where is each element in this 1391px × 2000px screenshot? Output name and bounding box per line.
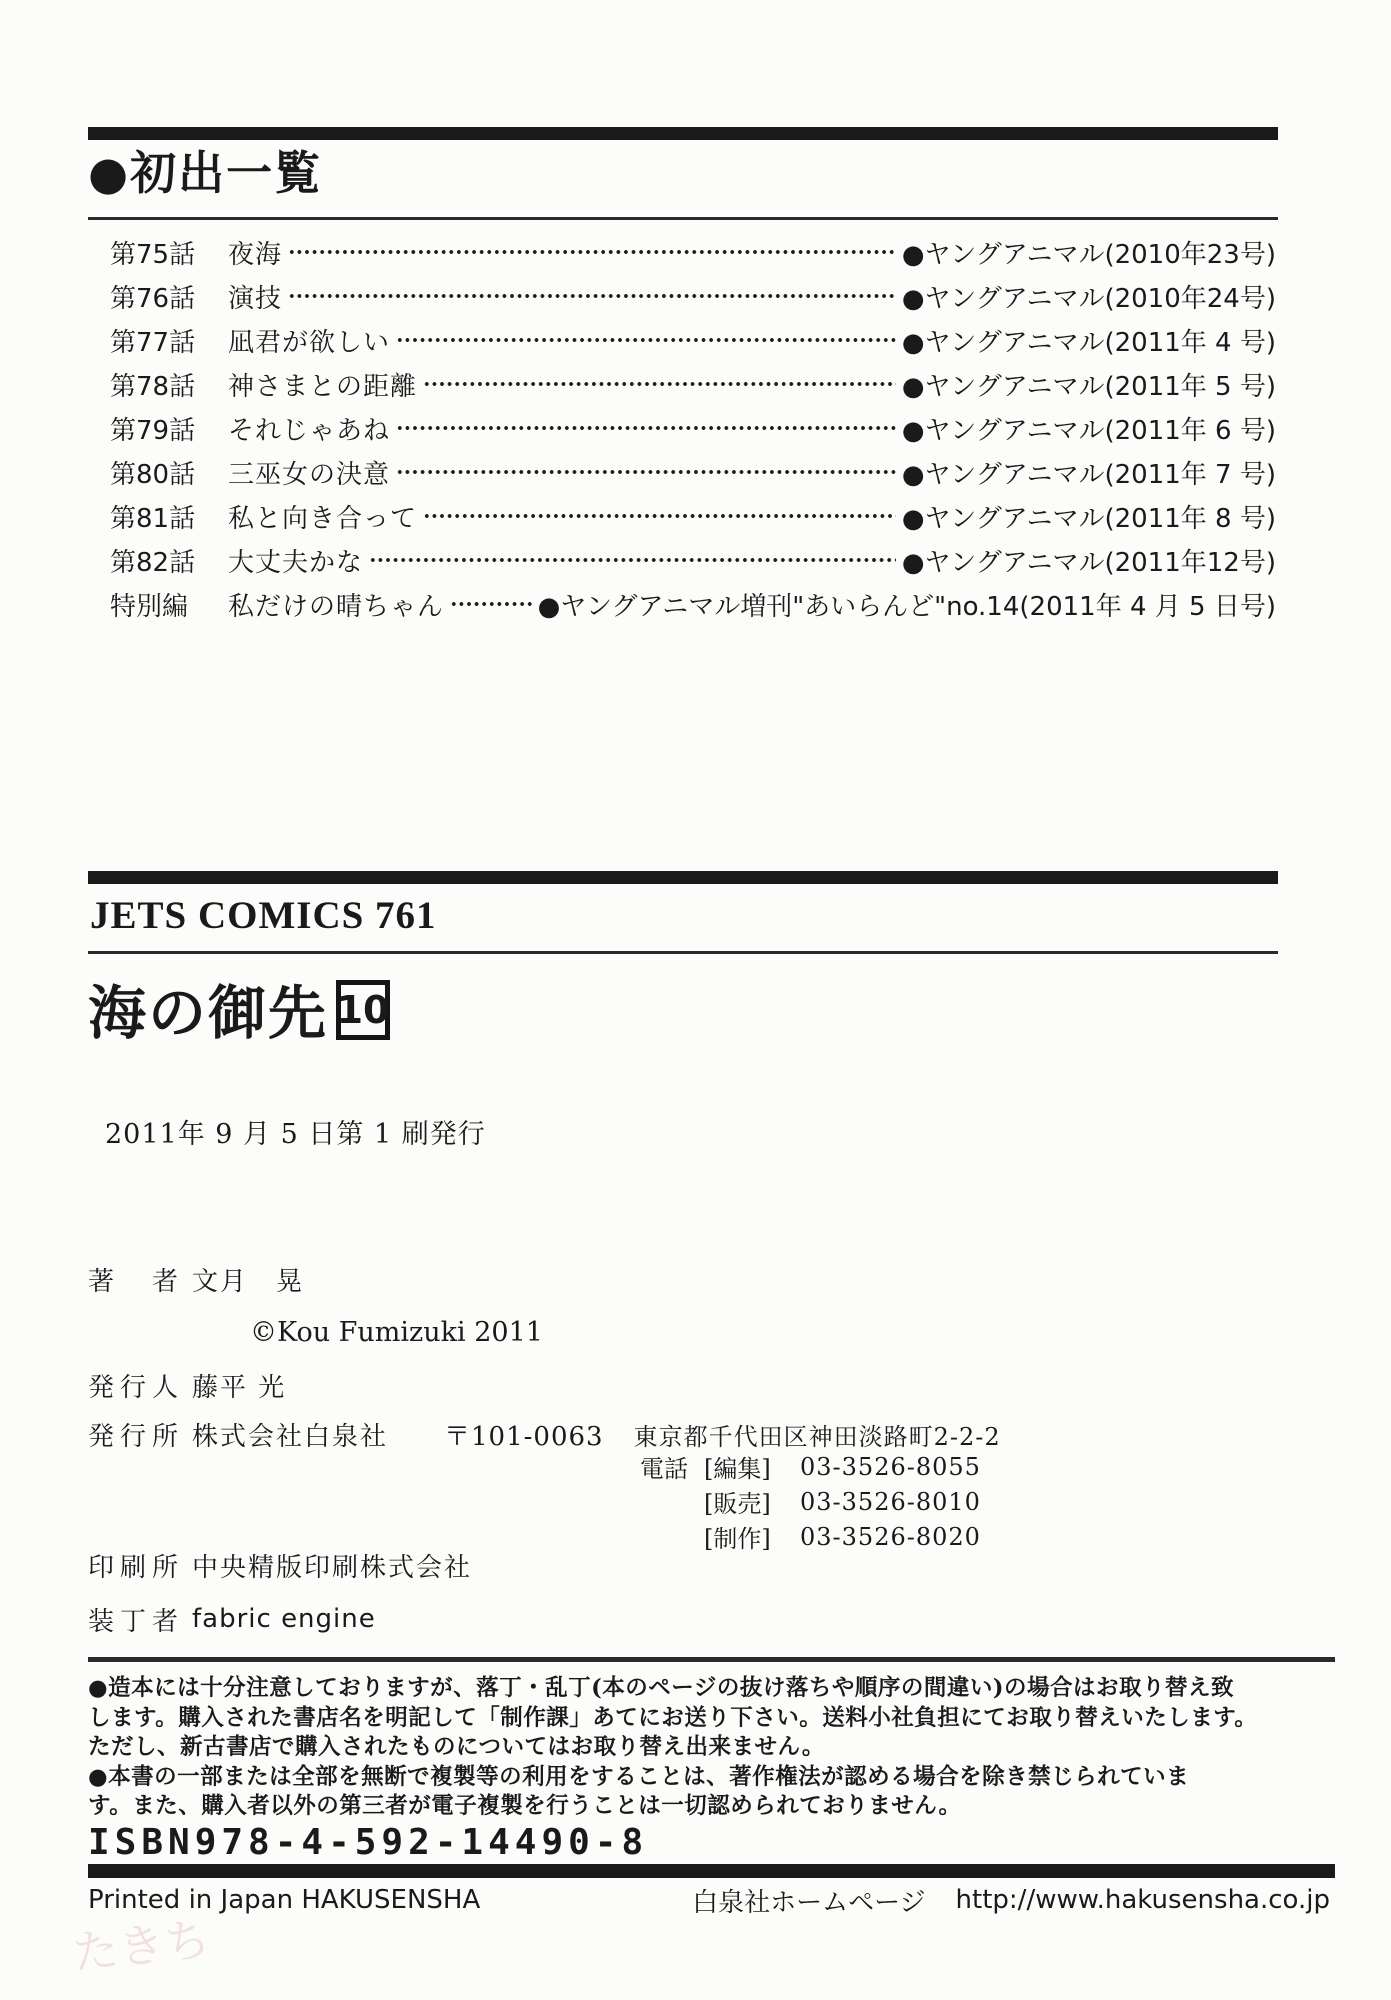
chapter-number: 第80話 <box>110 454 228 491</box>
bottom-rule-bar <box>88 1864 1335 1878</box>
phone-number: 03-3526-8010 <box>800 1488 981 1516</box>
dot-leader <box>423 496 896 536</box>
publication-source: ●ヤングアニマル(2011年 4 号) <box>902 322 1276 359</box>
chapter-title: 神さまとの距離 <box>228 366 417 403</box>
dot-leader <box>450 584 532 624</box>
list-item: 第81話 私と向き合って ●ヤングアニマル(2011年 8 号) <box>110 496 1276 536</box>
notice-line: す。また、購入者以外の第三者が電子複製を行うことは一切認められておりません。 <box>88 1792 1338 1822</box>
publication-source: ●ヤングアニマル(2011年 5 号) <box>902 366 1276 403</box>
printer-label: 印刷所 <box>88 1547 192 1584</box>
phone-block: 電話 [編集] 03-3526-8055 [販売] 03-3526-8010 [… <box>640 1449 981 1554</box>
chapter-title: 私だけの晴ちゃん <box>228 586 444 623</box>
dot-leader <box>396 408 896 448</box>
book-title: 海の御先 <box>88 966 328 1050</box>
chapter-number: 第76話 <box>110 278 228 315</box>
book-title-row: 海の御先 10 <box>88 966 390 1050</box>
dot-leader <box>288 276 896 316</box>
phone-dept: [販売] <box>704 1484 800 1519</box>
publication-source: ●ヤングアニマル(2011年 8 号) <box>902 498 1276 535</box>
chapter-title: 凪君が欲しい <box>228 322 390 359</box>
notice-line: します。購入された書店名を明記して「制作課」あてにお送り下さい。送料小社負担にて… <box>88 1704 1338 1734</box>
title-rule-bar <box>88 871 1278 884</box>
volume-number-box: 10 <box>336 980 390 1040</box>
dot-leader <box>396 320 896 360</box>
publication-source: ●ヤングアニマル増刊"あいらんど"no.14(2011年 4 月 5 日号) <box>538 586 1276 623</box>
phone-row: [制作] 03-3526-8020 <box>640 1519 981 1554</box>
publication-source: ●ヤングアニマル(2011年12号) <box>902 542 1276 579</box>
pencil-watermark: たきち <box>69 1903 213 1983</box>
publication-source: ●ヤングアニマル(2011年 7 号) <box>902 454 1276 491</box>
designer-name: fabric engine <box>192 1604 376 1634</box>
publisher-person-row: 発行人 藤平 光 <box>88 1368 286 1402</box>
postal-code: 〒101-0063 <box>444 1416 604 1453</box>
colophon-page: ●初出一覧 第75話 夜海 ●ヤングアニマル(2010年23号) 第76話 演技… <box>0 0 1391 2000</box>
notice-rule <box>88 1657 1335 1662</box>
copyright-row: ©Kou Fumizuki 2011 <box>250 1315 543 1349</box>
homepage-label: 白泉社ホームページ <box>692 1882 925 1919</box>
publication-source: ●ヤングアニマル(2011年 6 号) <box>902 410 1276 447</box>
designer-label: 装丁者 <box>88 1601 192 1638</box>
copyright-notice: ©Kou Fumizuki 2011 <box>250 1317 543 1348</box>
phone-number: 03-3526-8055 <box>800 1453 981 1481</box>
publisher-name: 株式会社白泉社 <box>192 1416 388 1453</box>
chapter-title: それじゃあね <box>228 410 390 447</box>
list-item: 第78話 神さまとの距離 ●ヤングアニマル(2011年 5 号) <box>110 364 1276 404</box>
series-underline <box>88 951 1278 954</box>
chapter-number: 特別編 <box>110 586 228 623</box>
list-item: 第75話 夜海 ●ヤングアニマル(2010年23号) <box>110 232 1276 272</box>
chapter-title: 私と向き合って <box>228 498 417 535</box>
notice-line: ●造本には十分注意しておりますが、落丁・乱丁(本のページの抜け落ちや順序の間違い… <box>88 1674 1338 1704</box>
notice-line: ただし、新古書店で購入されたものについてはお取り替え出来ません。 <box>88 1733 1338 1763</box>
dot-leader <box>288 232 896 272</box>
chapter-number: 第79話 <box>110 410 228 447</box>
series-label: JETS COMICS 761 <box>90 893 437 938</box>
author-name: 文月 晃 <box>192 1261 304 1298</box>
list-item: 特別編 私だけの晴ちゃん ●ヤングアニマル増刊"あいらんど"no.14(2011… <box>110 584 1276 624</box>
publisher-person-name: 藤平 光 <box>192 1367 286 1404</box>
list-item: 第79話 それじゃあね ●ヤングアニマル(2011年 6 号) <box>110 408 1276 448</box>
publication-source: ●ヤングアニマル(2010年23号) <box>902 234 1276 271</box>
publisher-address: 東京都千代田区神田淡路町2-2-2 <box>634 1417 1001 1452</box>
notice-block: ●造本には十分注意しておりますが、落丁・乱丁(本のページの抜け落ちや順序の間違い… <box>88 1674 1338 1822</box>
footer-homepage: 白泉社ホームページ http://www.hakusensha.co.jp <box>692 1882 1330 1919</box>
phone-dept: [制作] <box>704 1519 800 1554</box>
list-item: 第76話 演技 ●ヤングアニマル(2010年24号) <box>110 276 1276 316</box>
phone-row: [販売] 03-3526-8010 <box>640 1484 981 1519</box>
chapter-title: 夜海 <box>228 234 282 271</box>
phone-row: 電話 [編集] 03-3526-8055 <box>640 1449 981 1484</box>
chapter-number: 第82話 <box>110 542 228 579</box>
chapter-number: 第75話 <box>110 234 228 271</box>
homepage-url: http://www.hakusensha.co.jp <box>956 1885 1330 1915</box>
author-row: 著 者 文月 晃 <box>88 1262 304 1296</box>
section-title-first-appearance: ●初出一覧 <box>88 148 322 199</box>
chapter-number: 第78話 <box>110 366 228 403</box>
chapter-number: 第77話 <box>110 322 228 359</box>
publisher-row: 発行所 株式会社白泉社 〒101-0063 東京都千代田区神田淡路町2-2-2 <box>88 1417 1001 1451</box>
publisher-label: 発行所 <box>88 1416 192 1453</box>
notice-line: ●本書の一部または全部を無断で複製等の利用をすることは、著作権法が認める場合を除… <box>88 1763 1338 1793</box>
footer: Printed in Japan HAKUSENSHA 白泉社ホームページ ht… <box>88 1884 1330 1916</box>
list-item: 第80話 三巫女の決意 ●ヤングアニマル(2011年 7 号) <box>110 452 1276 492</box>
dot-leader <box>423 364 896 404</box>
phone-dept: [編集] <box>704 1449 800 1484</box>
phone-label: 電話 <box>640 1449 704 1484</box>
phone-number: 03-3526-8020 <box>800 1523 981 1551</box>
chapter-title: 大丈夫かな <box>228 542 363 579</box>
chapter-title: 演技 <box>228 278 282 315</box>
chapter-title: 三巫女の決意 <box>228 454 390 491</box>
chapter-number: 第81話 <box>110 498 228 535</box>
printer-row: 印刷所 中央精版印刷株式会社 <box>88 1548 472 1582</box>
printer-name: 中央精版印刷株式会社 <box>192 1547 472 1584</box>
top-rule-bar <box>88 127 1278 140</box>
author-label: 著 者 <box>88 1261 192 1298</box>
publication-source: ●ヤングアニマル(2010年24号) <box>902 278 1276 315</box>
dot-leader <box>396 452 896 492</box>
publisher-person-label: 発行人 <box>88 1367 192 1404</box>
list-item: 第82話 大丈夫かな ●ヤングアニマル(2011年12号) <box>110 540 1276 580</box>
header-underline <box>88 217 1278 220</box>
dot-leader <box>369 540 896 580</box>
isbn-number: ISBN978-4-592-14490-8 <box>88 1822 648 1863</box>
print-date: 2011年 9 月 5 日第 1 刷発行 <box>105 1112 486 1151</box>
list-item: 第77話 凪君が欲しい ●ヤングアニマル(2011年 4 号) <box>110 320 1276 360</box>
designer-row: 装丁者 fabric engine <box>88 1602 376 1636</box>
